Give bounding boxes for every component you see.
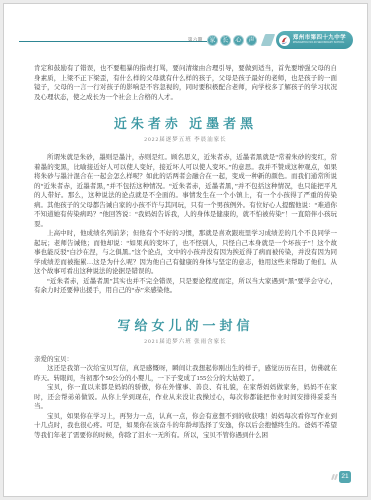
page-header: 第六期 家 长 心 声 郑州市第四十九中学 ZHENGZHOU NO.49 SE…	[188, 31, 353, 49]
intro-paragraph: 肯定和鼓励有了错误，也不要粗暴的指责打骂，要问清缘由合理引导，要做到适当，首先要…	[34, 64, 337, 102]
article-paragraph: “近朱者赤，近墨者黑”其实也并不完全错误，只是要论程度而定，所以当大家遇到“黑”…	[34, 277, 337, 296]
section-badges: 家 长 心 声	[207, 35, 257, 46]
article-paragraph: 宝贝，你一直以来都是妈妈的骄傲，你在外懂事、善良、有礼貌，在家帮妈妈做家务，妈妈…	[34, 383, 337, 412]
article-paragraph: 这还是我第一次给宝贝写信，真是感慨呀，瞬间让我想起你刚出生的样子，感觉历历在目，…	[34, 364, 337, 383]
section-badge-char: 长	[220, 35, 231, 46]
section-badge-char: 心	[233, 35, 244, 46]
article-byline: 2022届逐梦五班 李晨汕家长	[34, 136, 337, 144]
article-title: 近朱者赤 近墨者黑	[34, 116, 337, 132]
footer-leaf-ornament-icon	[332, 474, 336, 480]
article-byline: 2021届追梦六班 张雨含家长	[34, 338, 337, 346]
header-pill-tail-decoration	[261, 34, 275, 46]
article-paragraph: 所谓朱就是朱砂，墨则是墨汁，赤则是红。顾名思义，近朱者赤，近墨者黑就是“常着朱砂…	[34, 153, 337, 229]
school-banner: 郑州市第四十九中学 ZHENGZHOU NO.49 SECONDARY SCHO…	[276, 31, 353, 49]
section-badge-char: 家	[207, 35, 218, 46]
page-content: 肯定和鼓励有了错误，也不要粗暴的指责打骂，要问清缘由合理引导，要做到适当，首先要…	[34, 64, 337, 440]
issue-label: 第六期	[188, 37, 203, 43]
section-badge-char: 声	[246, 35, 257, 46]
article-paragraph: 上高中时，他成绩名列前茅；但他有个不好的习惯，那就是喜欢跟班里学习成绩差的几个不…	[34, 229, 337, 277]
school-logo-icon	[279, 35, 290, 46]
article-paragraph: 宝贝，如果你在学习上，再努力一点，认真一点，你会有意想不到的收获哦！妈妈每次看你…	[34, 412, 337, 441]
school-name-block: 郑州市第四十九中学 ZHENGZHOU NO.49 SECONDARY SCHO…	[293, 36, 346, 45]
article-title: 写给女儿的一封信	[34, 318, 337, 334]
school-name-en: ZHENGZHOU NO.49 SECONDARY SCHOOL	[293, 42, 346, 45]
page-number-badge: 21	[339, 471, 351, 483]
letter-salutation: 亲爱的宝贝：	[34, 355, 337, 365]
page-footer: 21	[332, 471, 351, 483]
document-page: 第六期 家 长 心 声 郑州市第四十九中学 ZHENGZHOU NO.49 SE…	[3, 3, 368, 497]
header-divider-line	[19, 41, 207, 42]
